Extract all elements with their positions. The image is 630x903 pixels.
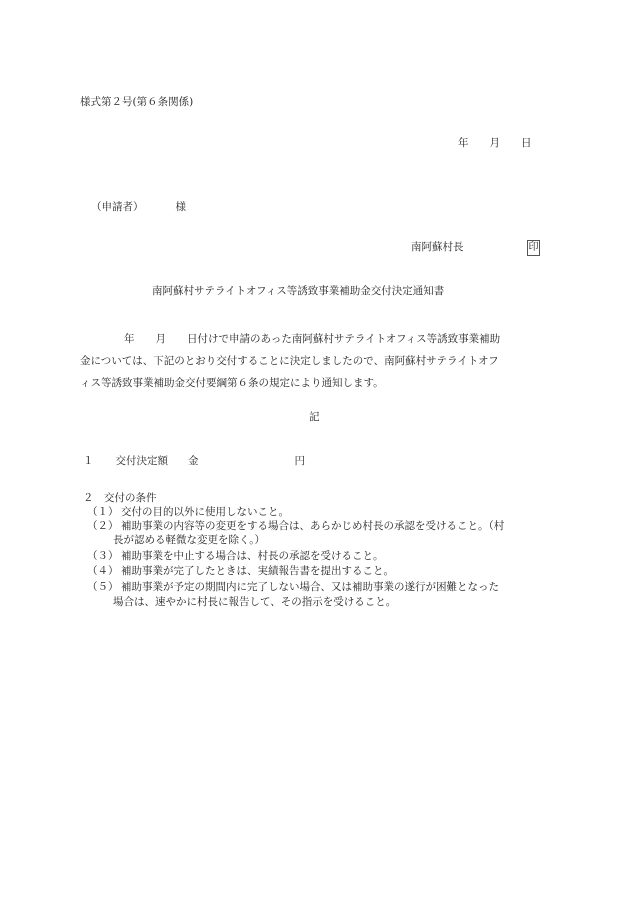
section-1-kin: 金	[188, 455, 199, 467]
applicant-line: （申請者）様	[91, 202, 186, 213]
condition-3-text: 補助事業を中止する場合は、村長の承認を受けること。	[121, 550, 384, 562]
body-line-1-text: 日付けで申請のあった南阿蘇村サテライトオフィス等誘致事業補助	[187, 333, 500, 345]
section-1-label: 交付決定額	[116, 455, 169, 467]
condition-3: （３）補助事業を中止する場合は、村長の承認を受けること。	[87, 551, 384, 562]
body-line-3: ィス等誘致事業補助金交付要綱第６条の規定により通知します。	[80, 372, 550, 394]
date-year-label: 年	[458, 138, 469, 149]
section-1-number: １	[83, 455, 94, 467]
date-line: 年月日	[458, 138, 532, 149]
seal-stamp: 印	[527, 240, 540, 256]
condition-5-continued: 場合は、速やかに村長に報告して、その指示を受けること。	[113, 597, 396, 608]
body-year-label: 年	[124, 333, 135, 345]
condition-4-number: （４）	[87, 566, 121, 577]
condition-1-text: 交付の目的以外に使用しないこと。	[121, 506, 289, 518]
condition-4: （４）補助事業が完了したときは、実績報告書を提出すること。	[87, 566, 394, 577]
body-paragraph: 年月日付けで申請のあった南阿蘇村サテライトオフィス等誘致事業補助 金については、…	[80, 328, 550, 394]
condition-5: （５）補助事業が予定の期間内に完了しない場合、又は補助事業の遂行が困難となった	[87, 582, 499, 593]
date-month-label: 月	[490, 138, 501, 149]
section-1-yen: 円	[295, 455, 306, 467]
condition-5-number: （５）	[87, 582, 121, 593]
date-day-label: 日	[521, 138, 532, 149]
condition-2-continued: 長が認める軽微な変更を除く。）	[113, 535, 265, 546]
body-line-1: 年月日付けで申請のあった南阿蘇村サテライトオフィス等誘致事業補助	[80, 328, 550, 350]
body-line-2: 金については、下記のとおり交付することに決定しましたので、南阿蘇村サテライトオフ	[80, 350, 550, 372]
form-number: 様式第２号(第６条関係)	[80, 97, 193, 108]
condition-2-text: 補助事業の内容等の変更をする場合は、あらかじめ村長の承認を受けること。（村	[121, 520, 504, 532]
section-2-heading: ２ 交付の条件	[83, 493, 157, 504]
condition-5-text: 補助事業が予定の期間内に完了しない場合、又は補助事業の遂行が困難となった	[121, 581, 499, 593]
condition-2-number: （２）	[87, 521, 121, 532]
section-1-grant-amount: １交付決定額金円	[83, 456, 305, 467]
applicant-honorific: 様	[176, 201, 187, 213]
condition-4-text: 補助事業が完了したときは、実績報告書を提出すること。	[121, 565, 394, 577]
applicant-label: （申請者）	[91, 201, 144, 213]
section-2-label: 交付の条件	[104, 492, 157, 504]
ki-heading: 記	[309, 412, 320, 423]
document-page: 様式第２号(第６条関係) 年月日 （申請者）様 南阿蘇村長 印 南阿蘇村サテライ…	[0, 0, 630, 903]
issuer-name: 南阿蘇村長	[411, 242, 464, 253]
condition-3-number: （３）	[87, 551, 121, 562]
condition-2: （２）補助事業の内容等の変更をする場合は、あらかじめ村長の承認を受けること。（村	[87, 521, 504, 532]
condition-1: （１）交付の目的以外に使用しないこと。	[87, 507, 289, 518]
body-month-label: 月	[156, 333, 167, 345]
document-title: 南阿蘇村サテライトオフィス等誘致事業補助金交付決定通知書	[152, 286, 444, 297]
condition-1-number: （１）	[87, 507, 121, 518]
section-2-number: ２	[83, 492, 94, 504]
